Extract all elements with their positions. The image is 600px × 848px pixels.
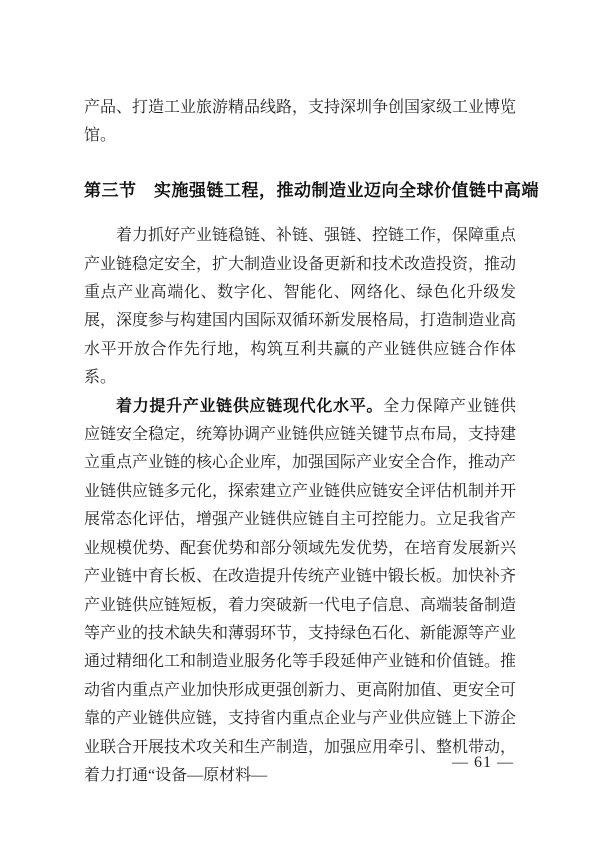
continuation-paragraph: 产品、打造工业旅游精品线路，支持深圳争创国家级工业博览馆。: [84, 94, 516, 151]
document-content: 产品、打造工业旅游精品线路，支持深圳争创国家级工业博览馆。 第三节 实施强链工程…: [84, 94, 516, 790]
body-paragraph-1: 着力抓好产业链稳链、补链、强链、控链工作，保障重点产业链稳定安全，扩大制造业设备…: [84, 222, 516, 392]
document-page: 产品、打造工业旅游精品线路，支持深圳争创国家级工业博览馆。 第三节 实施强链工程…: [0, 0, 600, 848]
page-number: — 61 —: [452, 754, 514, 772]
section-heading: 第三节 实施强链工程，推动制造业迈向全球价值链中高端: [84, 177, 516, 205]
body-paragraph-2: 着力提升产业链供应链现代化水平。全力保障产业链供应链安全稳定，统筹协调产业链供应…: [84, 393, 516, 791]
paragraph-2-lead: 着力提升产业链供应链现代化水平。: [116, 398, 383, 415]
paragraph-2-body: 全力保障产业链供应链安全稳定，统筹协调产业链供应链关键节点布局，支持建立重点产业…: [84, 398, 516, 784]
